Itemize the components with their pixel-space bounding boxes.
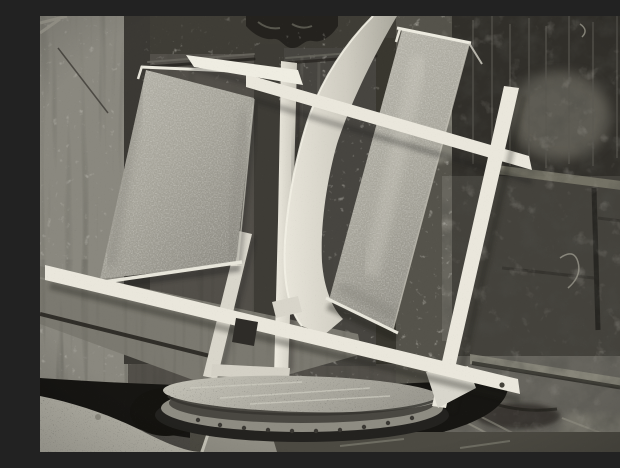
photograph: Black-and-white photograph of an abstrac… bbox=[40, 16, 620, 452]
vignette bbox=[40, 16, 620, 452]
